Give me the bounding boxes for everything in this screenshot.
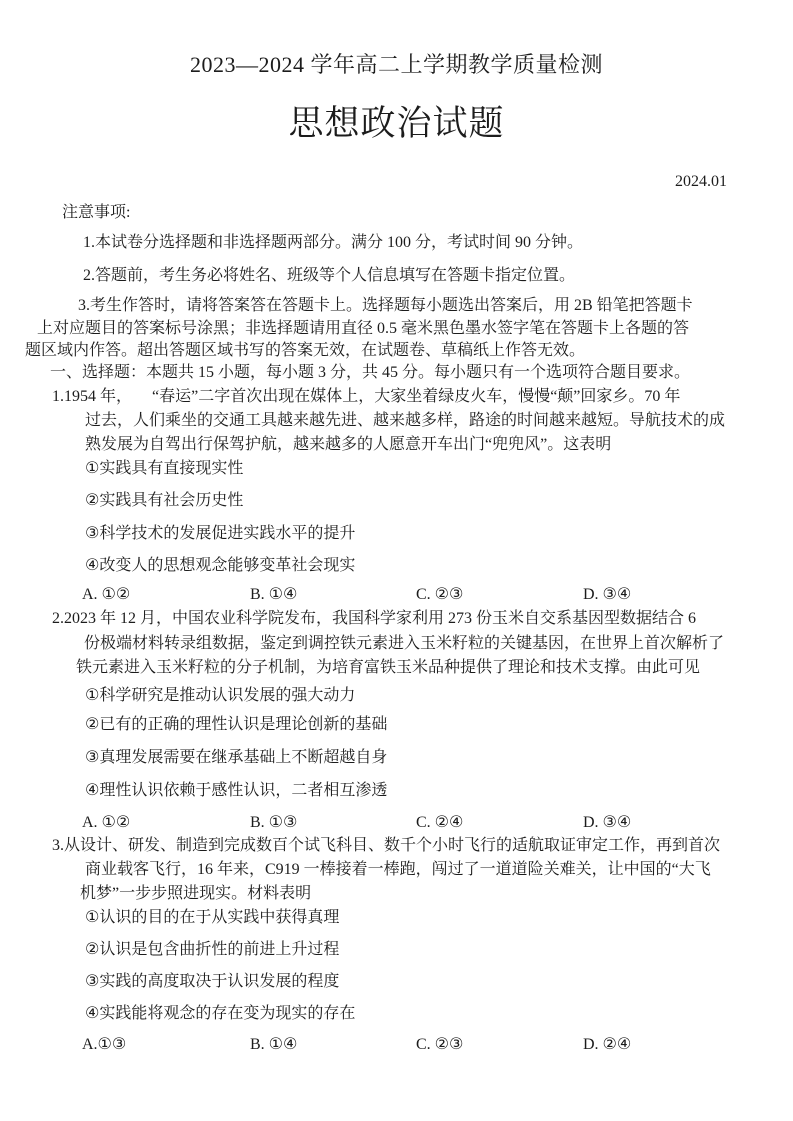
question-3-line-3: 机梦”一步步照进现实。材料表明 xyxy=(80,883,311,904)
question-2-statement-4: ④理性认识依赖于感性认识，二者相互渗透 xyxy=(85,780,387,801)
question-3-option-a: A.①③ xyxy=(82,1034,126,1055)
exam-date: 2024.01 xyxy=(675,171,727,192)
notice-3-line-1: 3.考生作答时，请将答案答在答题卡上。选择题每小题选出答案后，用 2B 铅笔把答… xyxy=(78,295,693,316)
notice-2: 2.答题前，考生务必将姓名、班级等个人信息填写在答题卡指定位置。 xyxy=(83,265,575,286)
question-1-line-2: 过去，人们乘坐的交通工具越来越先进、越来越多样，路途的时间越来越短。导航技术的成 xyxy=(85,410,725,431)
question-1-option-a: A. ①② xyxy=(82,584,130,605)
notices-heading: 注意事项: xyxy=(62,202,130,223)
notice-3-line-3: 题区域内作答。超出答题区域书写的答案无效，在试题卷、草稿纸上作答无效。 xyxy=(25,340,585,361)
question-1-option-b: B. ①④ xyxy=(250,584,297,605)
notice-1: 1.本试卷分选择题和非选择题两部分。满分 100 分，考试时间 90 分钟。 xyxy=(83,232,583,253)
question-2-line-3: 铁元素进入玉米籽粒的分子机制，为培育富铁玉米品种提供了理论和技术支撑。由此可见 xyxy=(76,657,700,678)
exam-paper-page: 2023—2024 学年高二上学期教学质量检测 思想政治试题 2024.01 注… xyxy=(0,0,793,1121)
question-3-statement-3: ③实践的高度取决于认识发展的程度 xyxy=(85,971,339,992)
question-3-statement-1: ①认识的目的在于从实践中获得真理 xyxy=(85,907,339,928)
subject-title: 思想政治试题 xyxy=(0,113,793,134)
question-2-line-1: 2.2023 年 12 月，中国农业科学院发布，我国科学家利用 273 份玉米自… xyxy=(52,608,696,629)
question-1-statement-4: ④改变人的思想观念能够变革社会现实 xyxy=(85,555,355,576)
question-1-options-row: A. ①② B. ①④ C. ②③ D. ③④ xyxy=(0,584,793,606)
question-1-statement-3: ③科学技术的发展促进实践水平的提升 xyxy=(85,523,355,544)
question-1-line-3: 熟发展为自驾出行保驾护航，越来越多的人愿意开车出门“兜兜风”。这表明 xyxy=(85,434,611,455)
question-2-line-2: 份极端材料转录组数据，鉴定到调控铁元素进入玉米籽粒的关键基因，在世界上首次解析了 xyxy=(84,633,724,654)
notice-3-line-2: 上对应题目的答案标号涂黑；非选择题请用直径 0.5 毫米黑色墨水签字笔在答题卡上… xyxy=(37,318,689,339)
question-2-option-a: A. ①② xyxy=(82,812,130,833)
question-3-option-d: D. ②④ xyxy=(583,1034,631,1055)
question-3-line-1: 3.从设计、研发、制造到完成数百个试飞科目、数千个小时飞行的适航取证审定工作，再… xyxy=(52,835,720,856)
question-3-options-row: A.①③ B. ①④ C. ②③ D. ②④ xyxy=(0,1034,793,1056)
question-2-option-d: D. ③④ xyxy=(583,812,631,833)
question-1-statement-1: ①实践具有直接现实性 xyxy=(85,458,243,479)
question-3-statement-2: ②认识是包含曲折性的前进上升过程 xyxy=(85,939,339,960)
question-1-line-1: 1.1954 年， “春运”二字首次出现在媒体上，大家坐着绿皮火车，慢慢“颠”回… xyxy=(52,386,680,407)
question-2-options-row: A. ①② B. ①③ C. ②④ D. ③④ xyxy=(0,812,793,834)
question-3-option-c: C. ②③ xyxy=(416,1034,463,1055)
question-2-option-c: C. ②④ xyxy=(416,812,463,833)
question-3-option-b: B. ①④ xyxy=(250,1034,297,1055)
section-1-heading: 一、选择题：本题共 15 小题，每小题 3 分，共 45 分。每小题只有一个选项… xyxy=(50,362,690,383)
question-1-option-d: D. ③④ xyxy=(583,584,631,605)
question-2-statement-1: ①科学研究是推动认识发展的强大动力 xyxy=(85,685,355,706)
question-2-option-b: B. ①③ xyxy=(250,812,297,833)
question-2-statement-3: ③真理发展需要在继承基础上不断超越自身 xyxy=(85,747,387,768)
question-2-statement-2: ②已有的正确的理性认识是理论创新的基础 xyxy=(85,714,387,735)
question-1-option-c: C. ②③ xyxy=(416,584,463,605)
question-3-statement-4: ④实践能将观念的存在变为现实的存在 xyxy=(85,1003,355,1024)
question-1-statement-2: ②实践具有社会历史性 xyxy=(85,490,243,511)
exam-session-title: 2023—2024 学年高二上学期教学质量检测 xyxy=(0,54,793,75)
question-3-line-2: 商业载客飞行，16 年来，C919 一棒接着一棒跑，闯过了一道道险关难关，让中国… xyxy=(85,859,711,880)
